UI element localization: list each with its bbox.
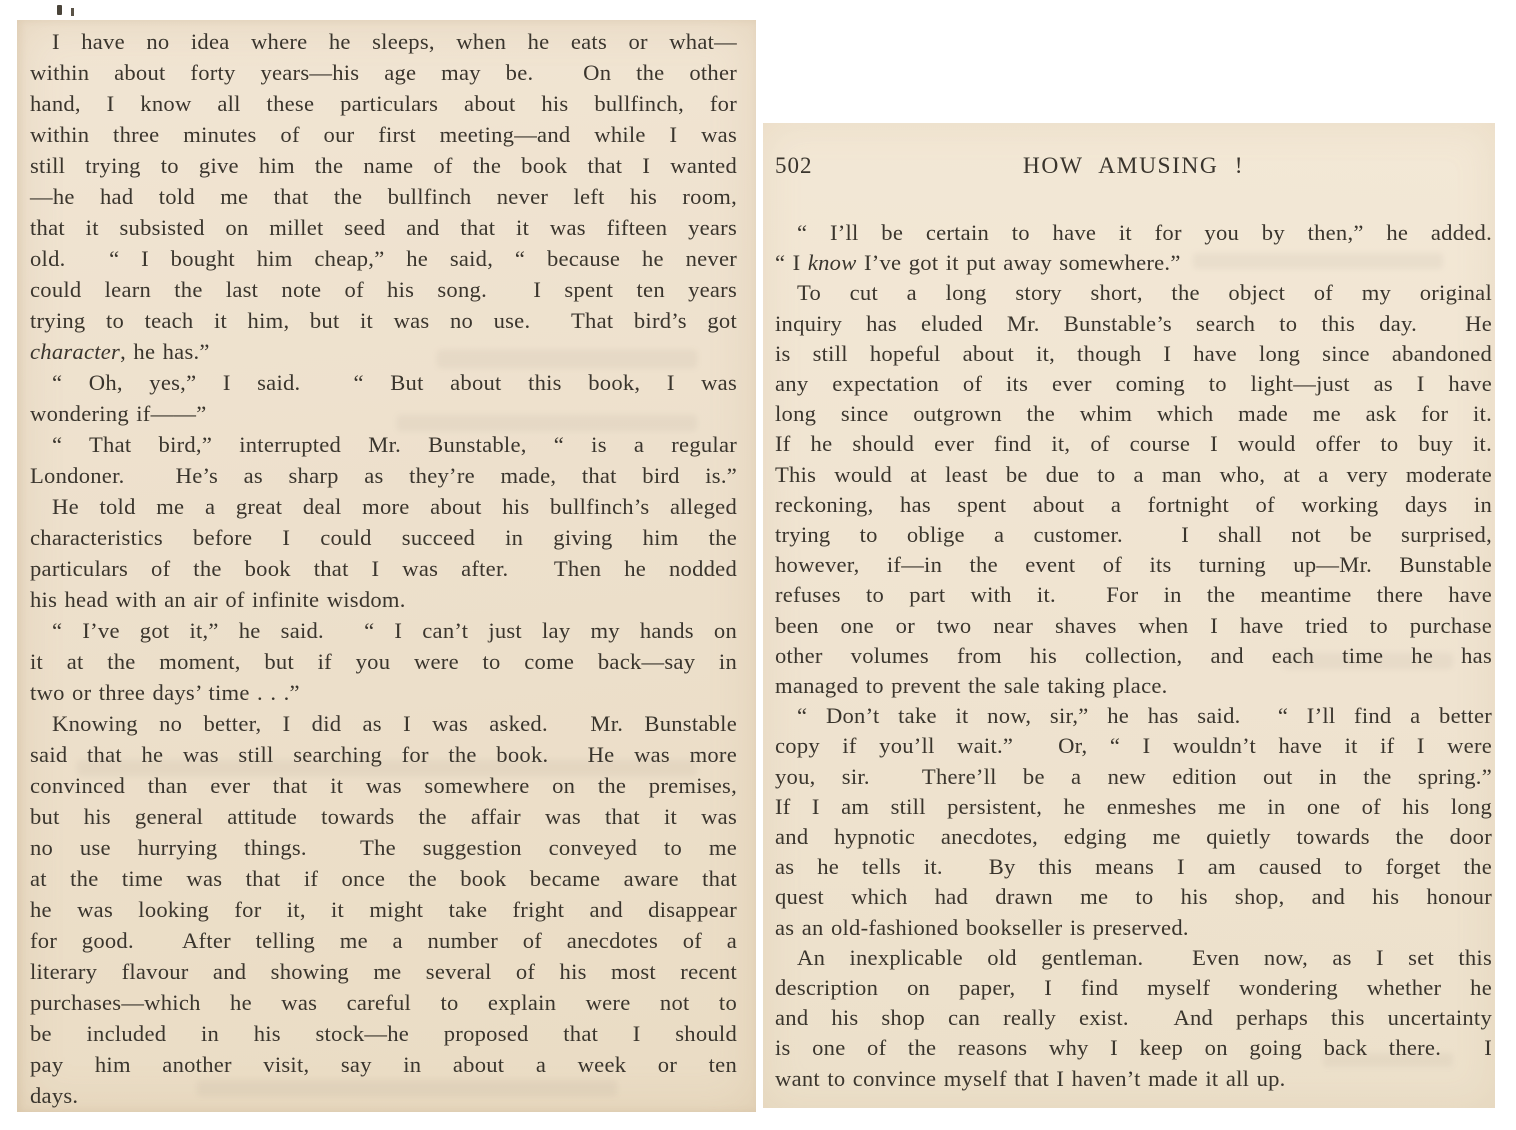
text-line: inquiry has eluded Mr. Bunstable’s searc… xyxy=(775,309,1492,339)
text-line: you, sir. There’ll be a new edition out … xyxy=(775,762,1492,792)
cutoff-text-artifact xyxy=(57,5,62,15)
text-line: trying to teach it him, but it was no us… xyxy=(30,305,737,336)
text-line: quest which had drawn me to his shop, an… xyxy=(775,882,1492,912)
text-line: —he had told me that the bullfinch never… xyxy=(30,181,737,212)
text-line: This would at least be due to a man who,… xyxy=(775,460,1492,490)
text-line: however, if—in the event of its turning … xyxy=(775,550,1492,580)
text-line: pay him another visit, say in about a we… xyxy=(30,1049,737,1080)
text-line: as he tells it. By this means I am cause… xyxy=(775,852,1492,882)
text-line: be included in his stock—he proposed tha… xyxy=(30,1018,737,1049)
text-line: is one of the reasons why I keep on goin… xyxy=(775,1033,1492,1063)
text-line: days. xyxy=(30,1080,737,1111)
text-line: An inexplicable old gentleman. Even now,… xyxy=(775,943,1492,973)
left-page-text: I have no idea where he sleeps, when he … xyxy=(30,26,737,1111)
text-line: If he should ever find it, of course I w… xyxy=(775,429,1492,459)
text-line: trying to oblige a customer. I shall not… xyxy=(775,520,1492,550)
running-header-title: HOW AMUSING ! xyxy=(775,153,1492,180)
text-line: refuses to part with it. For in the mean… xyxy=(775,580,1492,610)
scanned-book-spread: { "left_page": { "lines": [ {"t":"I have… xyxy=(0,0,1516,1130)
text-line: “ That bird,” interrupted Mr. Bunstable,… xyxy=(30,429,737,460)
left-page: I have no idea where he sleeps, when he … xyxy=(17,20,756,1112)
text-line: old. “ I bought him cheap,” he said, “ b… xyxy=(30,243,737,274)
text-line: he was looking for it, it might take fri… xyxy=(30,894,737,925)
text-line: as an old-fashioned bookseller is preser… xyxy=(775,913,1492,943)
text-line: that it subsisted on millet seed and tha… xyxy=(30,212,737,243)
text-line: character, he has.” xyxy=(30,336,737,367)
text-line: his head with an air of infinite wisdom. xyxy=(30,584,737,615)
text-line: wondering if——” xyxy=(30,398,737,429)
right-page-text: “ I’ll be certain to have it for you by … xyxy=(775,218,1492,1094)
right-page: 502 HOW AMUSING ! “ I’ll be certain to h… xyxy=(763,123,1495,1108)
text-line: “ I know I’ve got it put away somewhere.… xyxy=(775,248,1492,278)
text-line: “ Oh, yes,” I said. “ But about this boo… xyxy=(30,367,737,398)
text-line: is still hopeful about it, though I have… xyxy=(775,339,1492,369)
text-line: I have no idea where he sleeps, when he … xyxy=(30,26,737,57)
text-line: reckoning, has spent about a fortnight o… xyxy=(775,490,1492,520)
text-line: managed to prevent the sale taking place… xyxy=(775,671,1492,701)
text-line: within about forty years—his age may be.… xyxy=(30,57,737,88)
text-line: description on paper, I find myself wond… xyxy=(775,973,1492,1003)
text-line: copy if you’ll wait.” Or, “ I wouldn’t h… xyxy=(775,731,1492,761)
text-line: “ I’ve got it,” he said. “ I can’t just … xyxy=(30,615,737,646)
text-line: characteristics before I could succeed i… xyxy=(30,522,737,553)
text-line: To cut a long story short, the object of… xyxy=(775,278,1492,308)
text-line: He told me a great deal more about his b… xyxy=(30,491,737,522)
text-line: hand, I know all these particulars about… xyxy=(30,88,737,119)
text-line: Knowing no better, I did as I was asked.… xyxy=(30,708,737,739)
text-line: “ I’ll be certain to have it for you by … xyxy=(775,218,1492,248)
text-line: Londoner. He’s as sharp as they’re made,… xyxy=(30,460,737,491)
text-line: want to convince myself that I haven’t m… xyxy=(775,1064,1492,1094)
text-line: two or three days’ time . . .” xyxy=(30,677,737,708)
text-line: literary flavour and showing me several … xyxy=(30,956,737,987)
text-line: no use hurrying things. The suggestion c… xyxy=(30,832,737,863)
text-line: If I am still persistent, he enmeshes me… xyxy=(775,792,1492,822)
text-line: still trying to give him the name of the… xyxy=(30,150,737,181)
text-line: other volumes from his collection, and e… xyxy=(775,641,1492,671)
text-line: it at the moment, but if you were to com… xyxy=(30,646,737,677)
text-line: “ Don’t take it now, sir,” he has said. … xyxy=(775,701,1492,731)
text-line: particulars of the book that I was after… xyxy=(30,553,737,584)
text-line: any expectation of its ever coming to li… xyxy=(775,369,1492,399)
text-line: but his general attitude towards the aff… xyxy=(30,801,737,832)
text-line: convinced than ever that it was somewher… xyxy=(30,770,737,801)
text-line: long since outgrown the whim which made … xyxy=(775,399,1492,429)
text-line: within three minutes of our first meetin… xyxy=(30,119,737,150)
text-line: purchases—which he was careful to explai… xyxy=(30,987,737,1018)
text-line: said that he was still searching for the… xyxy=(30,739,737,770)
text-line: at the time was that if once the book be… xyxy=(30,863,737,894)
text-line: for good. After telling me a number of a… xyxy=(30,925,737,956)
text-line: been one or two near shaves when I have … xyxy=(775,611,1492,641)
running-header-row: 502 HOW AMUSING ! xyxy=(775,153,1492,181)
text-line: could learn the last note of his song. I… xyxy=(30,274,737,305)
text-line: and his shop can really exist. And perha… xyxy=(775,1003,1492,1033)
text-line: and hypnotic anecdotes, edging me quietl… xyxy=(775,822,1492,852)
